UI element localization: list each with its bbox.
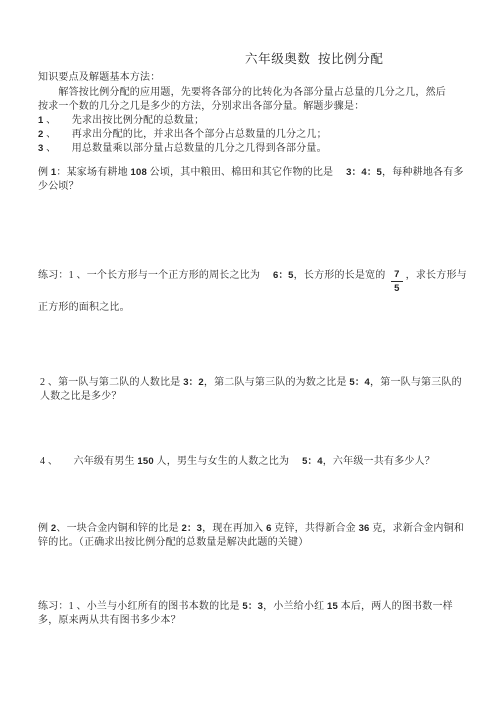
bold-number-text: 36 (359, 523, 370, 534)
bold-number-text: 150 (137, 456, 153, 467)
exercise-rectangle-line2: 正方形的面积之比。 (38, 301, 130, 315)
exercise-2-teams-problem: 2 、第一队与第二队的人数比是 3：2，第二队与第三队的为数之比是 5：4，第一… (40, 376, 462, 404)
bold-number-text: 6：5 (273, 270, 294, 281)
knowledge-points-paragraph: 解答按比例分配的应用题，先要将各部分的比转化为各部分量占总量的几分之几，然后 按… (38, 86, 446, 113)
body-text: 、 再求出分配的比，并求出各个部分占总数量的几分之几； (43, 129, 326, 140)
body-text: ，求长方形与 (406, 270, 467, 281)
body-text: ，六年级一共有多少人？ (323, 456, 435, 467)
fraction: 75 (391, 269, 402, 294)
body-text: 人，男生与女生的人数之比为 (154, 456, 302, 467)
body-text: 例 (38, 523, 51, 534)
body-text: ，小兰给小红 (263, 601, 327, 612)
body-text: 练习：1 、小兰与小红所有的图书本数的比是 (38, 601, 242, 612)
body-text: 、 先求出按比例分配的总数量； (43, 115, 204, 126)
bold-number-text: 108 (131, 167, 147, 178)
bold-number-text: 5：4 (302, 456, 323, 467)
bold-number-text: 2：3 (182, 523, 203, 534)
fraction-denominator: 5 (391, 282, 402, 294)
body-text: ：某家场有耕地 (56, 167, 130, 178)
body-text: ，长方形的长是宽的 (294, 270, 389, 281)
body-text: 2 、第一队与第二队的人数比是 (40, 377, 183, 388)
body-text: ，第二队与第三队的为数之比是 (204, 377, 350, 388)
bold-number-text: 3：4：5 (346, 167, 382, 178)
exercise-4-students-problem: 4 、 六年级有男生 150 人，男生与女生的人数之比为 5：4，六年级一共有多… (40, 455, 435, 469)
body-text: ，现在再加入 (202, 523, 266, 534)
knowledge-points-heading: 知识要点及解题基本方法： (38, 71, 160, 84)
exercise-rectangle-line1: 练习：1 、一个长方形与一个正方形的周长之比为 6：5，长方形的长是宽的 75，… (38, 269, 467, 294)
example-2-alloy-problem: 例 2、一块合金内铜和锌的比是 2：3，现在再加入 6 克锌，共得新合金 36 … (38, 522, 464, 550)
page-title: 六年级奥数 按比例分配 (245, 52, 383, 66)
body-text: 、 用总数量乘以部分量占总数量的几分之几得到各部分量。 (43, 143, 326, 154)
bold-number-text: 15 (327, 601, 338, 612)
bold-number-text: 3：2 (183, 377, 204, 388)
body-text: 例 (38, 167, 51, 178)
bold-number-text: 5：4 (349, 377, 370, 388)
body-text: 公顷，其中粮田、棉田和其它作物的比是 (147, 167, 346, 178)
solution-steps-list: 1 、 先求出按比例分配的总数量； 2 、 再求出分配的比，并求出各个部分占总数… (38, 114, 327, 155)
body-text: 4 、 六年级有男生 (40, 456, 137, 467)
bold-number-text: 5：3 (242, 601, 263, 612)
exercise-books-problem: 练习：1 、小兰与小红所有的图书本数的比是 5：3，小兰给小红 15 本后，两人… (38, 600, 453, 628)
fraction-numerator: 7 (391, 269, 402, 282)
body-text: 克锌，共得新合金 (272, 523, 359, 534)
worksheet-page: 六年级奥数 按比例分配 知识要点及解题基本方法： 解答按比例分配的应用题，先要将… (0, 0, 500, 708)
example-1-problem: 例 1：某家场有耕地 108 公顷，其中粮田、棉田和其它作物的比是 3：4：5，… (38, 166, 464, 194)
body-text: 、一块合金内铜和锌的比是 (56, 523, 181, 534)
body-text: 练习：1 、一个长方形与一个正方形的周长之比为 (38, 270, 273, 281)
